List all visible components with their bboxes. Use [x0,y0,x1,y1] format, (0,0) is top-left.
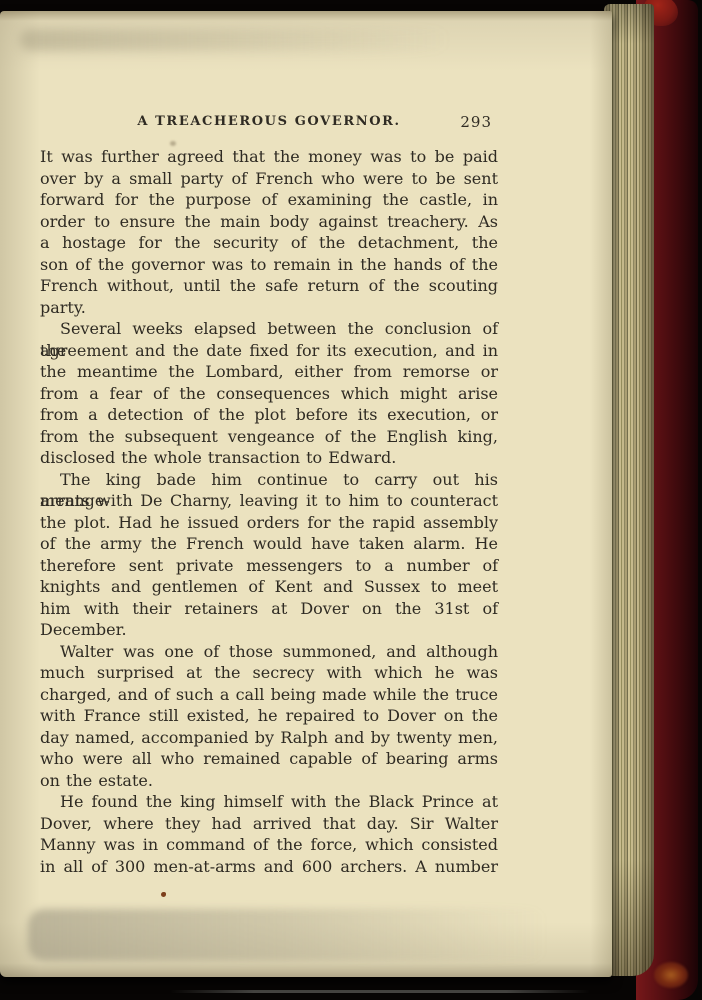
text-line: The king bade him continue to carry out … [40,469,498,491]
text-line: charged, and of such a call being made w… [40,684,498,706]
text-line: day named, accompanied by Ralph and by t… [40,727,498,749]
text-line: Walter was one of those summoned, and al… [40,641,498,663]
page-bottom-scan-blur [28,909,548,961]
text-line: from the subsequent vengeance of the Eng… [40,426,498,448]
text-line: Several weeks elapsed between the conclu… [40,318,498,340]
text-line: over by a small party of French who were… [40,168,498,190]
text-line: knights and gentlemen of Kent and Sussex… [40,576,498,598]
book-page: A TREACHEROUS GOVERNOR. 293 It was furth… [0,11,612,977]
text-line: much surprised at the secrecy with which… [40,662,498,684]
body-text: It was further agreed that the money was… [40,146,498,877]
background-streak [170,990,590,993]
text-line: Manny was in command of the force, which… [40,834,498,856]
book-scan: A TREACHEROUS GOVERNOR. 293 It was furth… [0,0,702,1000]
text-line: who were all who remained capable of bea… [40,748,498,770]
text-line: therefore sent private messengers to a n… [40,555,498,577]
text-line: the plot. Had he issued orders for the r… [40,512,498,534]
running-head: A TREACHEROUS GOVERNOR. 293 [40,114,498,133]
paper-speck [161,892,166,897]
text-line: with France still existed, he repaired t… [40,705,498,727]
text-line: order to ensure the main body against tr… [40,211,498,233]
text-line: him with their retainers at Dover on the… [40,598,498,620]
text-block: A TREACHEROUS GOVERNOR. 293 It was furth… [40,114,498,877]
page-top-scan-blur [20,29,450,51]
text-line: from a detection of the plot before its … [40,404,498,426]
page-number: 293 [460,113,492,131]
text-line: Dover, where they had arrived that day. … [40,813,498,835]
text-line: agreement and the date fixed for its exe… [40,340,498,362]
text-line: It was further agreed that the money was… [40,146,498,168]
text-line: ments with De Charny, leaving it to him … [40,490,498,512]
text-line: disclosed the whole transaction to Edwar… [40,447,498,469]
text-line: party. [40,297,498,319]
text-line: December. [40,619,498,641]
book-cover-corner-highlight-bottom [654,962,688,988]
text-line: of the army the French would have taken … [40,533,498,555]
text-line: He found the king himself with the Black… [40,791,498,813]
text-line: in all of 300 men-at-arms and 600 archer… [40,856,498,878]
text-line: forward for the purpose of examining the… [40,189,498,211]
running-head-title: A TREACHEROUS GOVERNOR. [137,114,400,129]
text-line: the meantime the Lombard, either from re… [40,361,498,383]
text-line: from a fear of the consequences which mi… [40,383,498,405]
text-line: a hostage for the security of the detach… [40,232,498,254]
text-line: on the estate. [40,770,498,792]
text-line: French without, until the safe return of… [40,275,498,297]
text-line: son of the governor was to remain in the… [40,254,498,276]
